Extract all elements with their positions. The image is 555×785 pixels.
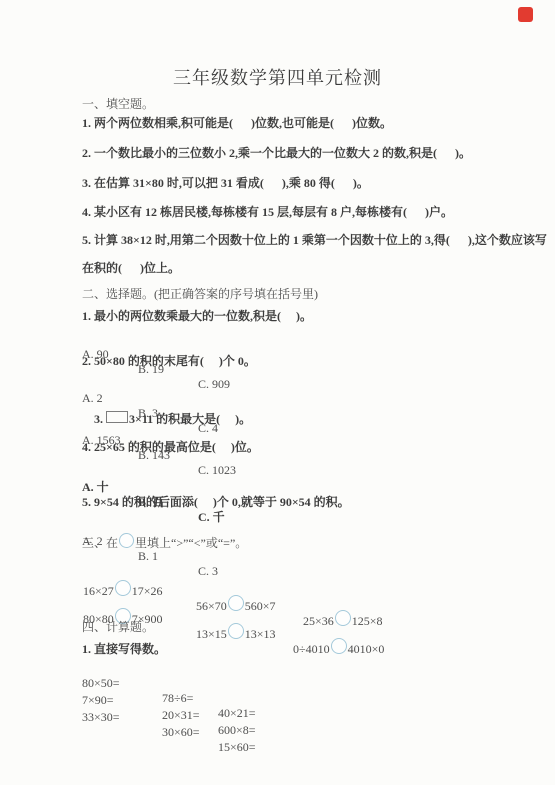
option-c: C. 千: [198, 510, 225, 525]
section3-heading-left: 三、在: [82, 536, 118, 551]
choice-q1-stem: 1. 最小的两位数乘最大的一位数,积是( )。: [82, 309, 312, 324]
calc-expression: 78÷6=: [162, 691, 193, 706]
calc-expression: 15×60=: [218, 740, 256, 755]
option-c: C. 909: [198, 377, 230, 392]
option-a: A. 十: [82, 480, 109, 495]
fill-item-5-line1: 5. 计算 38×12 时,用第二个因数十位上的 1 乘第一个因数十位上的 3,…: [82, 233, 547, 248]
option-c: C. 1023: [198, 463, 236, 478]
fill-item-3: 3. 在估算 31×80 时,可以把 31 看成( ),乘 80 得( )。: [82, 176, 369, 191]
left-expression: 13×15: [196, 627, 227, 642]
compare-circle-icon: [331, 638, 347, 654]
choice-q4-stem: 4. 25×65 的积的最高位是( )位。: [82, 440, 259, 455]
section2-heading: 二、选择题。(把正确答案的序号填在括号里): [82, 287, 318, 302]
comparison-pair: 0÷40104010×0: [293, 641, 384, 657]
worksheet-page: 三年级数学第四单元检测 一、填空题。 1. 两个两位数相乘,积可能是( )位数,…: [0, 0, 555, 785]
blank-box: [106, 411, 128, 423]
choice-q2-stem: 2. 50×80 的积的末尾有( )个 0。: [82, 354, 256, 369]
left-expression: 0÷4010: [293, 642, 330, 657]
calc-expression: 20×31=: [162, 708, 200, 723]
q3-number: 3.: [94, 412, 103, 426]
section4-sub-heading: 1. 直接写得数。: [82, 642, 166, 657]
section3-heading-right: 里填上“>”“<”或“=”。: [135, 536, 247, 551]
fill-item-4: 4. 某小区有 12 栋居民楼,每栋楼有 15 层,每层有 8 户,每栋楼有( …: [82, 205, 453, 220]
page-title: 三年级数学第四单元检测: [0, 64, 555, 90]
right-expression: 125×8: [352, 614, 383, 629]
right-expression: 13×13: [245, 627, 276, 642]
left-expression: 25×36: [303, 614, 334, 629]
section1-heading: 一、填空题。: [82, 97, 154, 112]
comparison-pair: 25×36125×8: [303, 613, 383, 629]
calc-expression: 600×8=: [218, 723, 256, 738]
fill-item-5-line2: 在积的( )位上。: [82, 261, 180, 276]
fill-item-2: 2. 一个数比最小的三位数小 2,乘一个比最大的一位数大 2 的数,积是( )。: [82, 146, 471, 161]
compare-circle-icon: [228, 623, 244, 639]
comparison-pair: 13×1513×13: [196, 626, 276, 642]
section3-heading: 三、在里填上“>”“<”或“=”。: [82, 536, 247, 551]
right-expression: 4010×0: [348, 642, 385, 657]
section4-heading: 四、计算题。: [82, 620, 154, 635]
comparison-row-2: 80×807×900 13×1513×13 0÷40104010×0: [82, 596, 552, 614]
compare-circle-icon: [115, 580, 131, 596]
option-b: B. 1: [138, 549, 158, 564]
fill-item-1: 1. 两个两位数相乘,积可能是( )位数,也可能是( )位数。: [82, 116, 392, 131]
comparison-row-1: 16×2717×26 56×70560×7 25×36125×8: [82, 568, 552, 586]
calc-expression: 30×60=: [162, 725, 200, 740]
compare-circle-icon: [119, 533, 134, 548]
red-badge-icon: [518, 7, 533, 22]
choice-q5-stem: 5. 9×54 的积的后面添( )个 0,就等于 90×54 的积。: [82, 495, 350, 510]
q3-text: 3×11 的积最大是( )。: [129, 412, 251, 426]
calc-expression: 40×21=: [218, 706, 256, 721]
calc-row-3: 33×30= 30×60= 15×60=: [82, 695, 94, 770]
calc-expression: 33×30=: [82, 710, 120, 725]
